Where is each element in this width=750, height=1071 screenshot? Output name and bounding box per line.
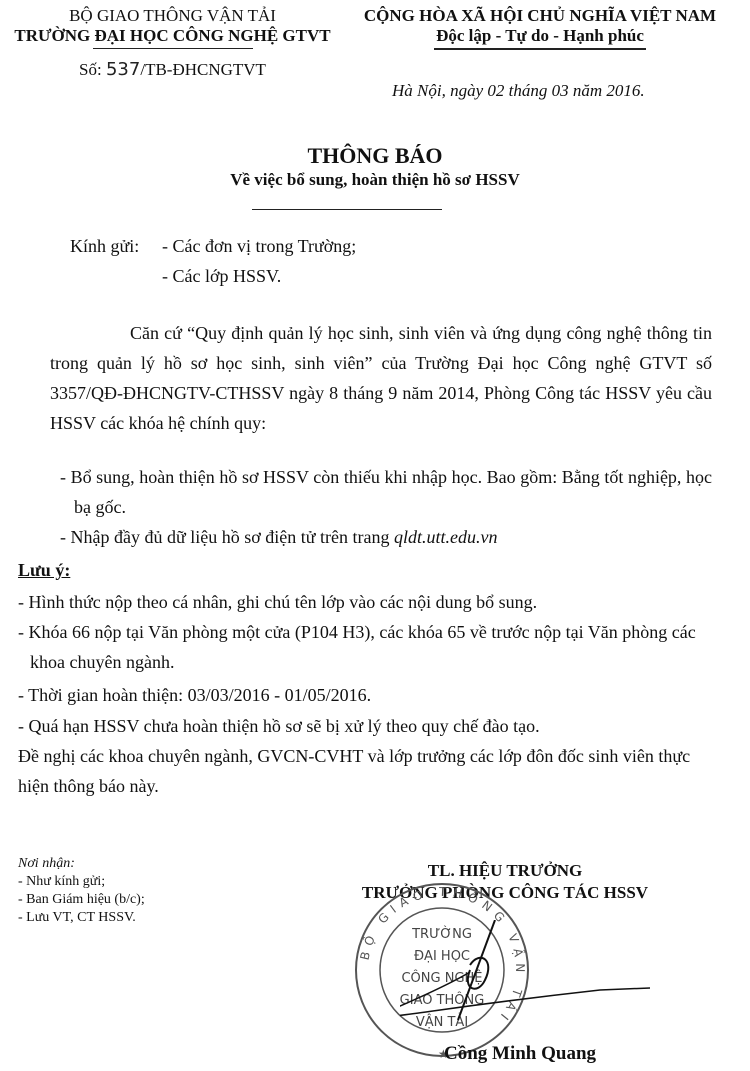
recipient-item: - Các lớp HSSV. (162, 266, 281, 287)
document-title: THÔNG BÁO (0, 143, 750, 169)
document-subtitle: Về việc bổ sung, hoàn thiện hồ sơ HSSV (0, 170, 750, 190)
requirement-item: - Nhập đầy đủ dữ liệu hồ sơ điện tử trên… (52, 522, 712, 552)
ministry-name: BỘ GIAO THÔNG VẬN TẢI (0, 6, 345, 26)
receiver-item: - Lưu VT, CT HSSV. (18, 909, 145, 927)
country-name: CỘNG HÒA XÃ HỘI CHỦ NGHĨA VIỆT NAM (330, 6, 750, 26)
document-number-prefix: Số: (79, 60, 106, 79)
closing-request: Đề nghị các khoa chuyên ngành, GVCN-CVHT… (18, 741, 718, 801)
document-number-suffix: /TB-ĐHCNGTVT (140, 60, 266, 79)
handwritten-signature-icon (400, 920, 660, 1030)
receiver-item: - Như kính gửi; (18, 873, 145, 891)
national-motto: Độc lập - Tự do - Hạnh phúc (330, 26, 750, 46)
note-item: - Quá hạn HSSV chưa hoàn thiện hồ sơ sẽ … (18, 711, 718, 741)
subtitle-divider (252, 209, 442, 210)
note-item: - Thời gian hoàn thiện: 03/03/2016 - 01/… (18, 680, 718, 710)
header-divider (93, 48, 253, 49)
signer-name: Cồng Minh Quang (330, 1043, 710, 1065)
document-number: Số: 537/TB-ĐHCNGTVT (0, 59, 345, 80)
receivers-heading: Nơi nhận: (18, 855, 145, 873)
issuing-authority: BỘ GIAO THÔNG VẬN TẢI TRƯỜNG ĐẠI HỌC CÔN… (0, 6, 345, 80)
body-paragraph: Căn cứ “Quy định quản lý học sinh, sinh … (50, 318, 712, 438)
notes-heading: Lưu ý: (18, 560, 70, 581)
body-paragraph-text: Căn cứ “Quy định quản lý học sinh, sinh … (50, 323, 712, 433)
requirement-item-text: - Nhập đầy đủ dữ liệu hồ sơ điện tử trên… (60, 527, 394, 547)
recipient-item: - Các đơn vị trong Trường; (162, 236, 356, 257)
motto-divider (434, 48, 646, 50)
note-item: - Khóa 66 nộp tại Văn phòng một cửa (P10… (18, 617, 730, 677)
issue-date: Hà Nội, ngày 02 tháng 03 năm 2016. (392, 81, 645, 101)
handwritten-number: 537 (106, 59, 140, 80)
receiver-item: - Ban Giám hiệu (b/c); (18, 891, 145, 909)
receivers-block: Nơi nhận: - Như kính gửi; - Ban Giám hiệ… (18, 855, 145, 927)
note-item: - Hình thức nộp theo cá nhân, ghi chú tê… (18, 587, 718, 617)
school-name: TRƯỜNG ĐẠI HỌC CÔNG NGHỆ GTVT (0, 26, 345, 46)
requirement-list: - Bổ sung, hoàn thiện hồ sơ HSSV còn thi… (52, 462, 712, 552)
requirement-item: - Bổ sung, hoàn thiện hồ sơ HSSV còn thi… (52, 462, 712, 522)
national-header: CỘNG HÒA XÃ HỘI CHỦ NGHĨA VIỆT NAM Độc l… (330, 6, 750, 50)
website-link[interactable]: qldt.utt.edu.vn (394, 527, 497, 547)
signature-line1: TL. HIỆU TRƯỞNG (330, 860, 680, 882)
recipients-label: Kính gửi: (70, 236, 139, 257)
